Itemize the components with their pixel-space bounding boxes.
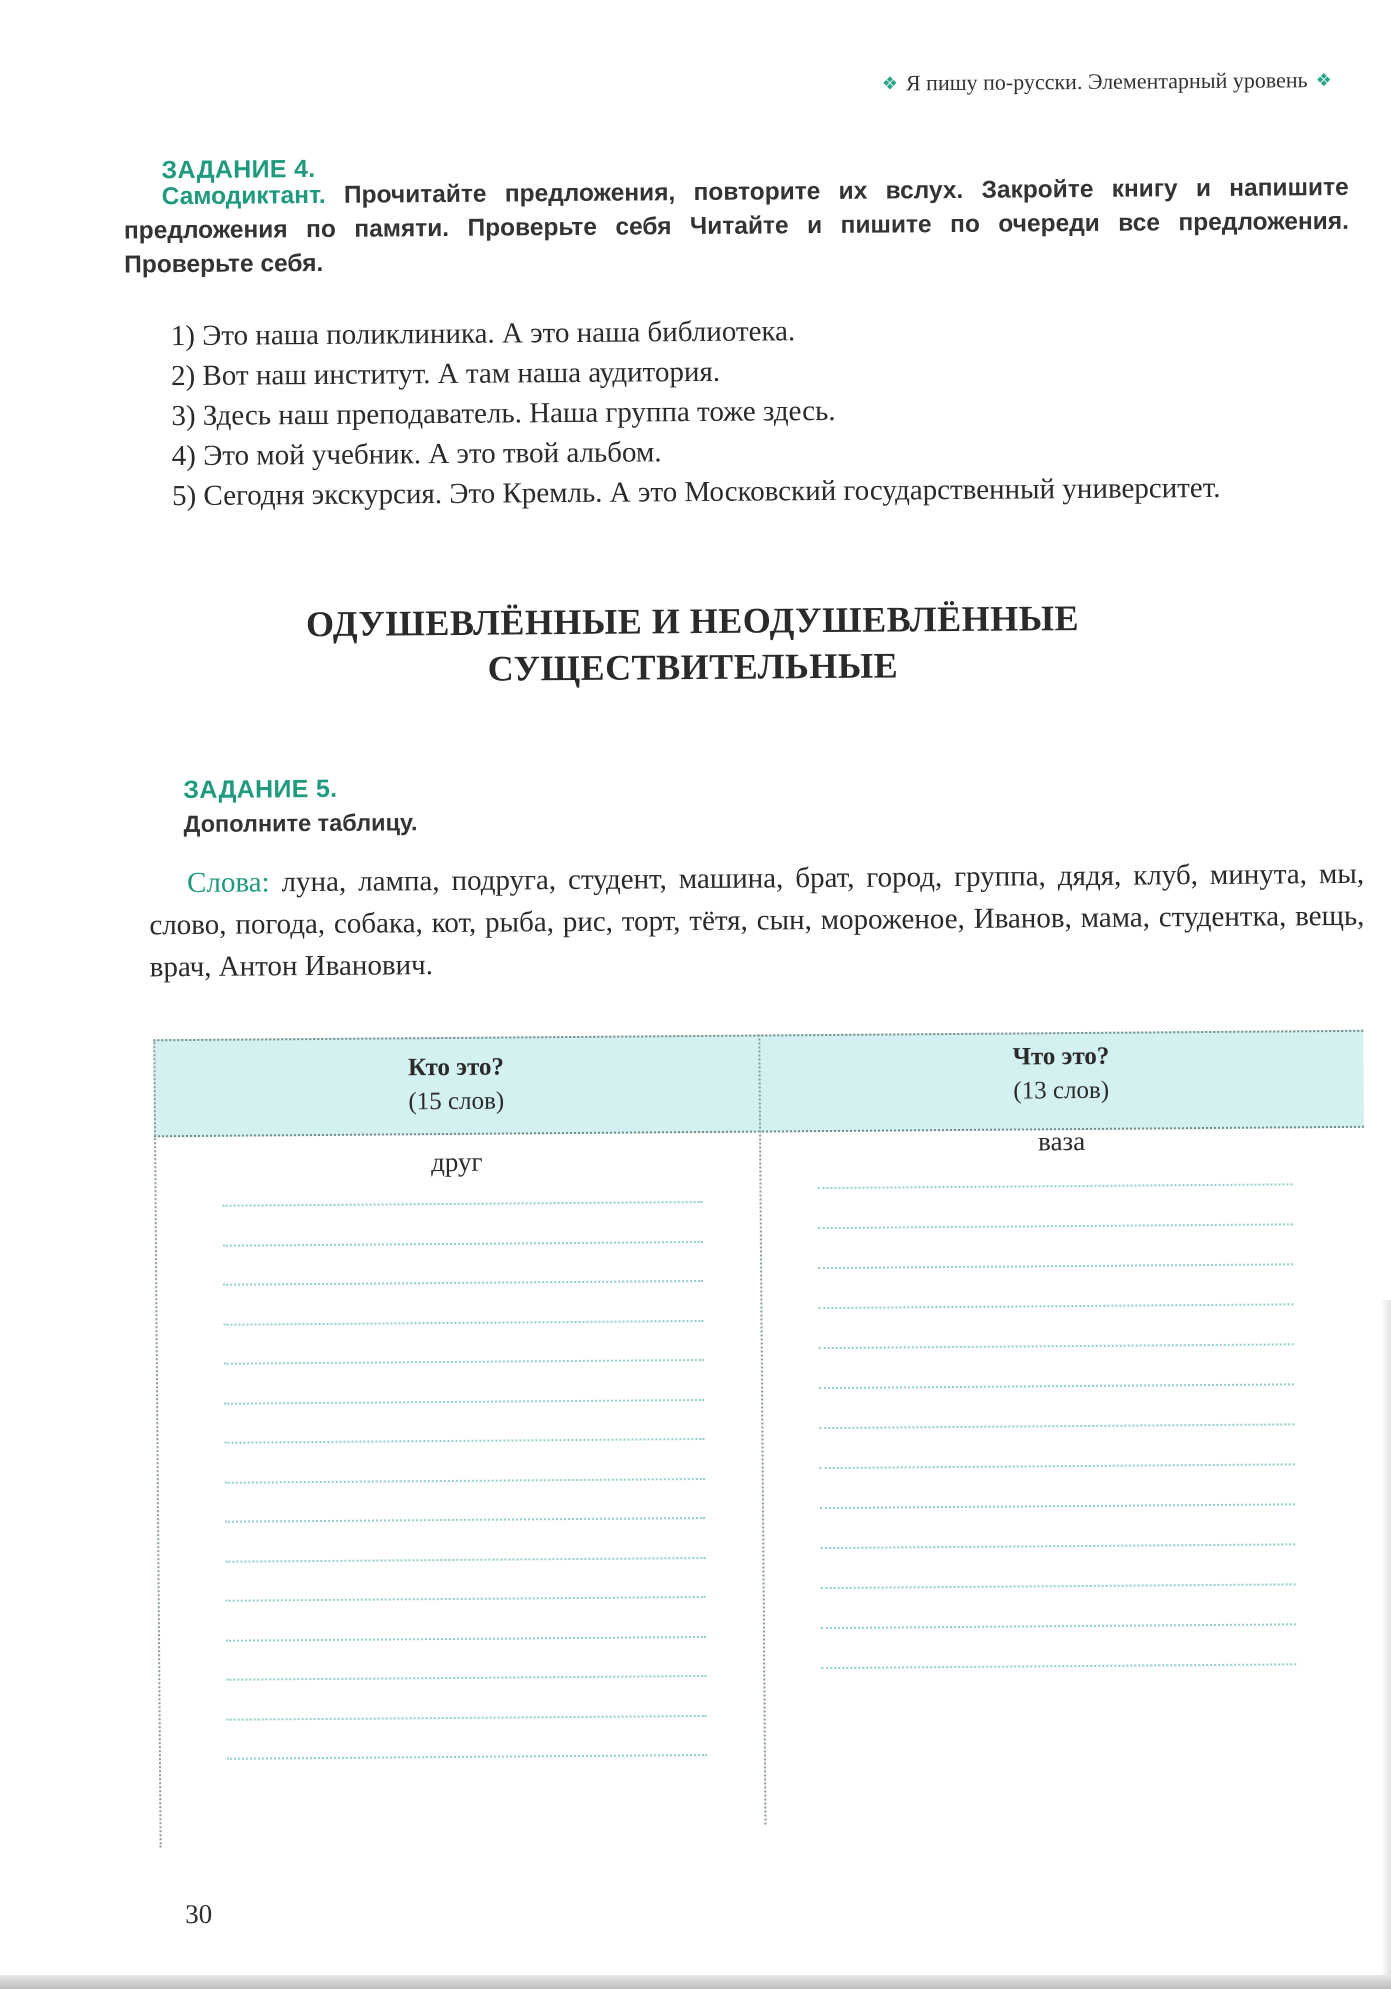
column-header-what: Что это? (13 слов) [758,1038,1364,1111]
writing-line[interactable] [820,1503,1295,1509]
page-edge-shadow [1381,1300,1391,1989]
column-question: Кто это? [153,1049,758,1088]
column-count: (13 слов) [759,1072,1364,1111]
word-list-text: луна, лампа, подруга, студент, машина, б… [149,858,1364,984]
fill-in-table: Кто это? (15 слов) Что это? (13 слов) др… [153,1030,1369,1869]
book-title: Я пишу по-русски. Элементарный уровень [906,67,1308,96]
task4-instruction: Самодиктант. Прочитайте предложения, пов… [124,171,1350,283]
example-word-what: ваза [759,1124,1364,1160]
textbook-page: ❖ Я пишу по-русски. Элементарный уровень… [0,0,1391,1989]
running-header: ❖ Я пишу по-русски. Элементарный уровень… [882,67,1332,97]
writing-line[interactable] [821,1623,1296,1629]
writing-line[interactable] [225,1517,705,1523]
writing-line[interactable] [820,1543,1295,1549]
writing-line[interactable] [226,1596,706,1602]
writing-line[interactable] [821,1583,1296,1589]
column-header-who: Кто это? (15 слов) [153,1049,759,1122]
writing-line[interactable] [819,1343,1294,1349]
writing-line[interactable] [819,1383,1294,1389]
ornament-diamond-icon: ❖ [882,73,898,94]
writing-line[interactable] [223,1201,703,1207]
task5-title: ЗАДАНИЕ 5. [183,775,337,805]
writing-line[interactable] [821,1663,1296,1669]
writing-line[interactable] [223,1240,703,1246]
writing-line[interactable] [227,1714,707,1720]
writing-line[interactable] [817,1183,1292,1189]
column-count: (15 слов) [154,1083,759,1122]
writing-line[interactable] [224,1398,704,1404]
column-question: Что это? [758,1038,1363,1077]
ornament-diamond-icon: ❖ [1316,70,1332,91]
section-heading: ОДУШЕВЛЁННЫЕ И НЕОДУШЕВЛЁННЫЕ СУЩЕСТВИТЕ… [0,593,1389,696]
writing-line[interactable] [224,1319,704,1325]
sentence-item: 5) Сегодня экскурсия. Это Кремль. А это … [136,467,1356,517]
writing-line[interactable] [820,1463,1295,1469]
writing-line[interactable] [226,1675,706,1681]
task4-lead: Самодиктант. [162,182,326,210]
writing-line[interactable] [818,1263,1293,1269]
task5-instruction: Дополните таблицу. [183,805,417,841]
writing-line[interactable] [818,1223,1293,1229]
page-bottom-shadow [0,1975,1391,1989]
example-word-who: друг [154,1145,759,1181]
page-number: 30 [185,1899,212,1930]
word-list: Слова: луна, лампа, подруга, студент, ма… [149,853,1365,989]
section-heading-line2: СУЩЕСТВИТЕЛЬНЫЕ [0,639,1389,696]
writing-line[interactable] [223,1280,703,1286]
writing-line[interactable] [819,1423,1294,1429]
writing-line[interactable] [227,1754,707,1760]
task4-sentences: 1) Это наша поликлиника. А это наша библ… [135,307,1357,517]
writing-line[interactable] [225,1556,705,1562]
writing-line[interactable] [224,1359,704,1365]
writing-line[interactable] [226,1635,706,1641]
writing-line[interactable] [224,1438,704,1444]
word-list-label: Слова: [187,866,270,899]
writing-line[interactable] [225,1477,705,1483]
writing-line[interactable] [818,1303,1293,1309]
